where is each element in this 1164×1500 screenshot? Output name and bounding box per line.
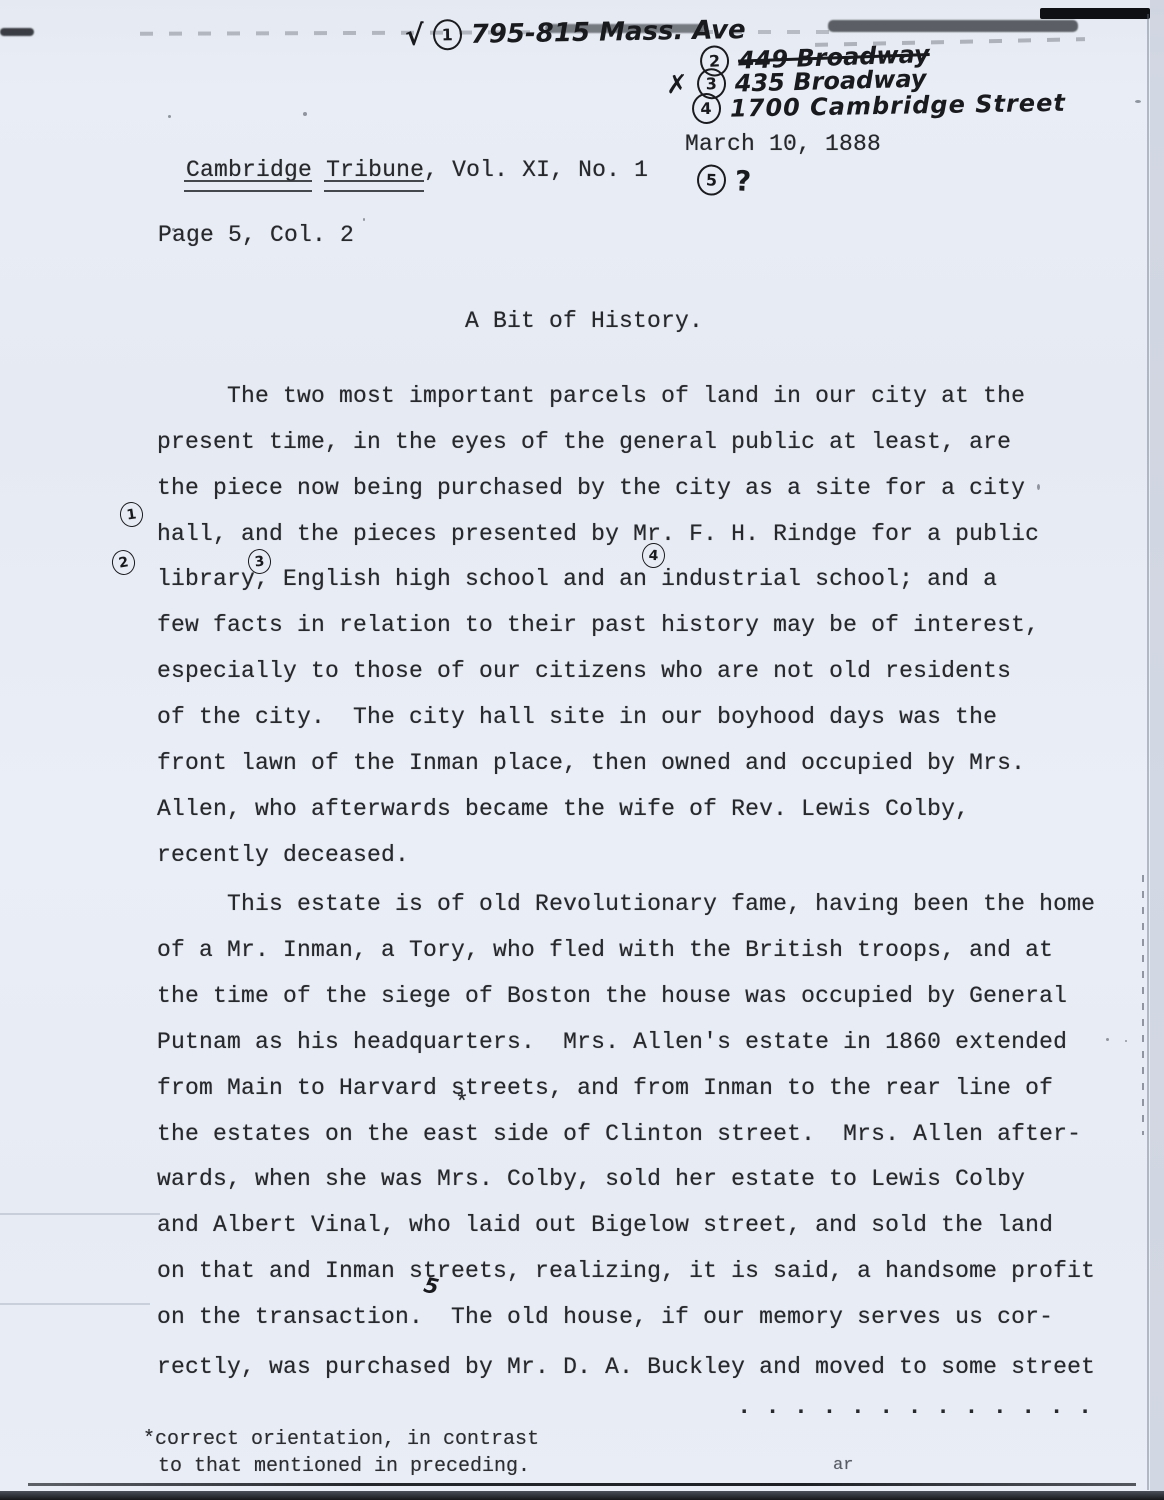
paper-fold-line <box>0 1303 150 1305</box>
scanned-document-page: { "scan": { "header": { "paper_title_wor… <box>0 0 1164 1500</box>
scan-speck <box>1135 100 1141 103</box>
question-mark: ? <box>734 164 751 198</box>
body-line: on the transaction. The old house, if ou… <box>157 1304 1053 1330</box>
scan-speck <box>303 112 307 116</box>
body-line: from Main to Harvard streets, and from I… <box>157 1075 1053 1101</box>
handwritten-annotation-4: 4 1700 Cambridge Street <box>692 87 1066 125</box>
scan-right-dashed-artifact <box>1142 875 1144 1135</box>
circled-number-1-icon: 1 <box>432 19 462 51</box>
body-line: of the city. The city hall site in our b… <box>157 704 997 730</box>
circled-inline-3-icon: 3 <box>247 548 272 575</box>
circled-number-5-icon: 5 <box>696 164 726 196</box>
circled-inline-4-icon: 4 <box>641 542 666 569</box>
body-line: front lawn of the Inman place, then owne… <box>157 750 1025 776</box>
body-line: library, English high school and an indu… <box>157 566 997 592</box>
paper-name-part2: Tribune <box>326 157 424 183</box>
body-line: Allen, who afterwards became the wife of… <box>157 796 969 822</box>
body-line: wards, when she was Mrs. Colby, sold her… <box>157 1166 1025 1192</box>
body-line: hall, and the pieces presented by Mr. F.… <box>157 521 1039 547</box>
body-line: of a Mr. Inman, a Tory, who fled with th… <box>157 937 1053 963</box>
body-line: Putnam as his headquarters. Mrs. Allen's… <box>157 1029 1067 1055</box>
body-line: the estates on the east side of Clinton … <box>157 1121 1081 1147</box>
body-line: rectly, was purchased by Mr. D. A. Buckl… <box>157 1354 1095 1380</box>
scan-smudge-cluster-2 <box>828 20 1078 32</box>
citation-rest: , Vol. XI, No. 1 <box>424 157 648 183</box>
circled-margin-1-icon: 1 <box>118 501 144 529</box>
body-line: recently deceased. <box>157 842 409 868</box>
faint-edge-mark: ar <box>833 1456 853 1475</box>
scan-speck <box>168 115 171 118</box>
scan-bottom-rule <box>28 1483 1136 1486</box>
circled-margin-2-icon: 2 <box>110 548 137 577</box>
scan-speck <box>1037 484 1040 490</box>
paper-fold-line <box>0 1213 160 1215</box>
footnote-line-1: *correct orientation, in contrast <box>143 1428 539 1451</box>
body-line: the piece now being purchased by the cit… <box>157 475 1025 501</box>
typed-asterisk-reference: * <box>455 1090 469 1116</box>
body-line: especially to those of our citizens who … <box>157 658 1011 684</box>
handwritten-annotation-1: √ 1 795-815 Mass. Ave <box>405 13 746 52</box>
issue-date: March 10, 1888 <box>685 131 881 157</box>
body-line: This estate is of old Revolutionary fame… <box>157 891 1095 917</box>
paper-name-part1: Cambridge <box>186 157 312 183</box>
article-title: A Bit of History. <box>465 308 703 334</box>
body-line: present time, in the eyes of the general… <box>157 429 1011 455</box>
scan-speck <box>363 218 365 221</box>
margin-mark-1: 1 <box>118 501 144 529</box>
checkmark-icon: √ <box>405 19 424 52</box>
scan-right-edge-band <box>1150 0 1164 1500</box>
body-line: The two most important parcels of land i… <box>157 383 1025 409</box>
ellipsis-leader: ............. <box>737 1394 1106 1421</box>
scan-speck <box>1106 1038 1109 1041</box>
x-mark-icon: ✗ <box>666 69 689 100</box>
inline-mark-3: 3 <box>247 548 272 575</box>
scan-right-edge-line <box>1147 14 1149 1490</box>
body-line: on that and Inman streets, realizing, it… <box>157 1258 1095 1284</box>
body-line: few facts in relation to their past hist… <box>157 612 1039 638</box>
scan-speck <box>1125 1040 1127 1042</box>
page-column-reference: Page 5, Col. 2 <box>158 222 354 248</box>
body-line: the time of the siege of Boston the hous… <box>157 983 1067 1009</box>
inline-mark-4: 4 <box>641 542 666 569</box>
annotation-1-text: 795-815 Mass. Ave <box>470 15 745 50</box>
scan-smudge-top-left-dash <box>0 28 34 36</box>
footnote-line-2: to that mentioned in preceding. <box>158 1455 530 1478</box>
scan-black-bar-top-right <box>1040 8 1150 19</box>
citation-line: Cambridge Tribune, Vol. XI, No. 1 <box>158 131 648 183</box>
handwritten-date-query: 5 ? <box>696 163 751 198</box>
body-line: and Albert Vinal, who laid out Bigelow s… <box>157 1212 1053 1238</box>
circled-number-4-icon: 4 <box>692 93 722 125</box>
scan-bottom-strip <box>0 1491 1164 1500</box>
margin-mark-2: 2 <box>110 548 137 577</box>
annotation-4-text: 1700 Cambridge Street <box>730 88 1066 122</box>
